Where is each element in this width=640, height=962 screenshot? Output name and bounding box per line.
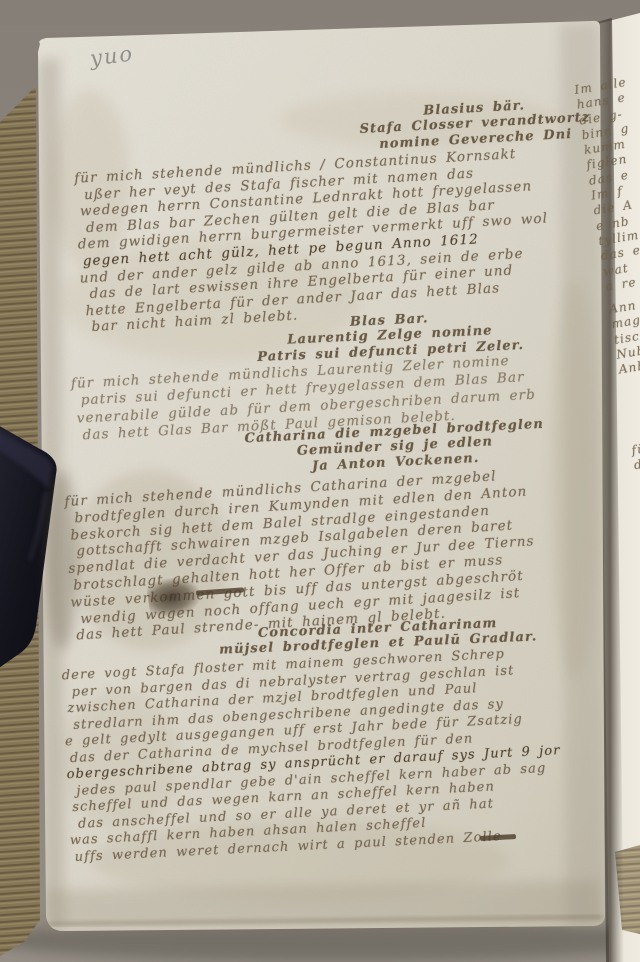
manuscript-photo: yuo Blasius bär. Stafa Closser verandtwo…	[0, 0, 640, 962]
fragment-line: für e	[630, 434, 640, 458]
ink-blot	[146, 575, 203, 620]
entry-paragraph-concordia: dere vogt Stafa floster mit mainem gesch…	[61, 642, 615, 866]
